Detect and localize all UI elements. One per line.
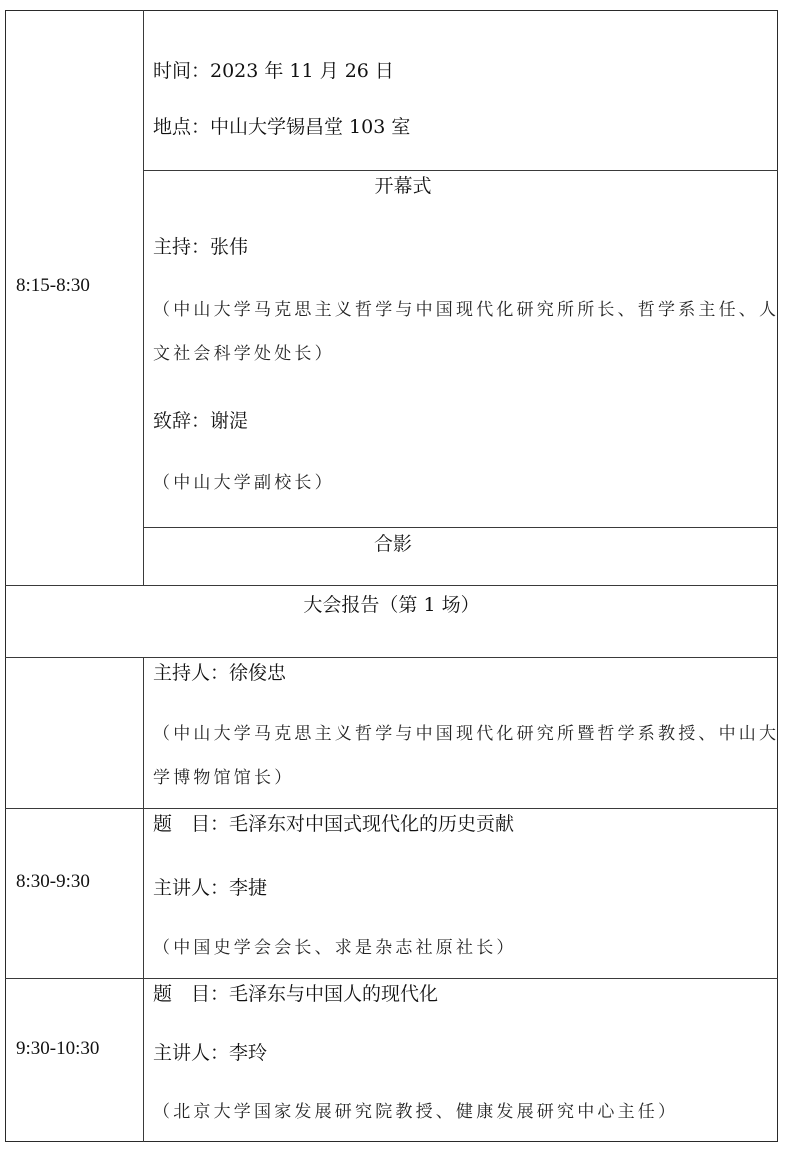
talk1-speaker: 主讲人：李捷 <box>153 876 267 900</box>
divider-opening-photo <box>143 527 778 528</box>
divider-session-moderator <box>5 657 778 658</box>
opening-time: 8:15-8:30 <box>16 274 90 298</box>
column-divider-bottom <box>143 657 144 1142</box>
session1-moderator-affiliation-2: 学博物馆馆长） <box>153 766 294 790</box>
opening-host-affiliation-2: 文社会科学处处长） <box>153 342 335 366</box>
session1-moderator-affiliation-1: （中山大学马克思主义哲学与中国现代化研究所暨哲学系教授、中山大 <box>153 722 779 746</box>
divider-info-opening <box>143 170 778 171</box>
talk2-topic: 题 目：毛泽东与中国人的现代化 <box>153 982 438 1006</box>
talk1-topic: 题 目：毛泽东对中国式现代化的历史贡献 <box>153 812 514 836</box>
opening-title: 开幕式 <box>143 174 663 198</box>
divider-moderator-talk1 <box>5 808 778 809</box>
talk2-speaker: 主讲人：李玲 <box>153 1041 267 1065</box>
divider-opening-session <box>5 585 778 586</box>
opening-host-affiliation-1: （中山大学马克思主义哲学与中国现代化研究所所长、哲学系主任、人 <box>153 298 779 322</box>
column-divider-top <box>143 10 144 585</box>
talk2-affiliation: （北京大学国家发展研究院教授、健康发展研究中心主任） <box>153 1100 678 1124</box>
opening-host: 主持：张伟 <box>153 235 248 259</box>
opening-speech-affiliation: （中山大学副校长） <box>153 471 335 495</box>
opening-speech: 致辞：谢湜 <box>153 409 248 433</box>
talk2-time: 9:30-10:30 <box>16 1037 99 1061</box>
group-photo: 合影 <box>143 532 643 556</box>
divider-talk1-talk2 <box>5 978 778 979</box>
session1-moderator: 主持人：徐俊忠 <box>153 661 286 685</box>
venue-line: 地点：中山大学锡昌堂 103 室 <box>153 115 410 139</box>
date-line: 时间：2023 年 11 月 26 日 <box>153 59 394 83</box>
session1-title: 大会报告（第 1 场） <box>5 593 778 617</box>
talk1-time: 8:30-9:30 <box>16 870 90 894</box>
talk1-affiliation: （中国史学会会长、求是杂志社原社长） <box>153 936 517 960</box>
